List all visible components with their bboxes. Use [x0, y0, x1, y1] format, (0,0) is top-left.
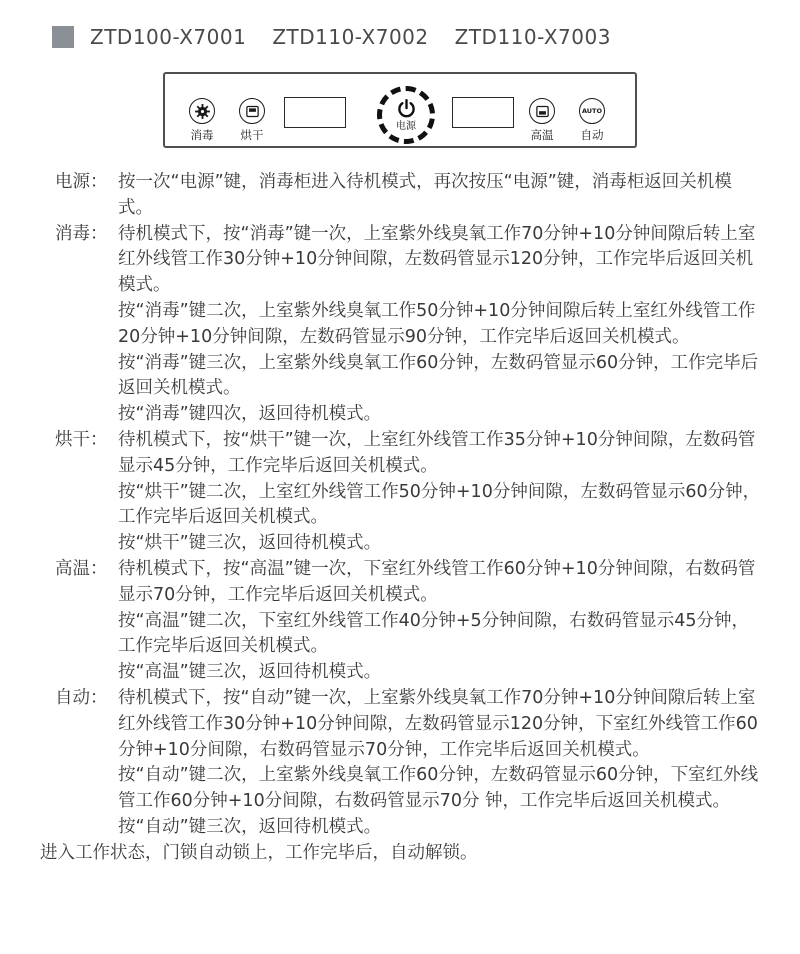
auto-button: AUTO 自动	[572, 98, 612, 143]
section-label: 高温：	[55, 557, 118, 686]
instruction-section: 自动：待机模式下，按“自动”键一次，上室紫外线臭氧工作70分钟+10分钟间隙后转…	[55, 686, 764, 841]
left-digital-display	[284, 97, 346, 128]
auto-icon: AUTO	[579, 98, 605, 124]
power-button: 电源	[377, 86, 435, 144]
footer-note: 进入工作状态，门锁自动锁上，工作完毕后，自动解锁。	[40, 841, 764, 867]
instruction-section: 烘干：待机模式下，按“烘干”键一次，上室红外线管工作35分钟+10分钟间隙，左数…	[55, 428, 764, 557]
dry-icon	[239, 98, 265, 124]
instruction-paragraph: 按“烘干”键三次，返回待机模式。	[118, 531, 764, 557]
auto-icon-text: AUTO	[582, 107, 602, 115]
control-panel-diagram: 消毒 烘干 电源 高温 AUT	[163, 72, 637, 148]
section-body: 待机模式下，按“自动”键一次，上室紫外线臭氧工作70分钟+10分钟间隙后转上室红…	[118, 686, 764, 841]
instruction-paragraph: 待机模式下，按“自动”键一次，上室紫外线臭氧工作70分钟+10分钟间隙后转上室红…	[118, 686, 764, 763]
instruction-section: 消毒：待机模式下，按“消毒”键一次，上室紫外线臭氧工作70分钟+10分钟间隙后转…	[55, 222, 764, 428]
instruction-paragraph: 按“烘干”键二次，上室红外线管工作50分钟+10分钟间隙，左数码管显示60分钟，…	[118, 480, 764, 532]
dry-button: 烘干	[232, 98, 272, 143]
model-number: ZTD100-X7001	[90, 25, 246, 49]
instruction-paragraph: 按“自动”键三次，返回待机模式。	[118, 815, 764, 841]
section-body: 待机模式下，按“高温”键一次，下室红外线管工作60分钟+10分钟间隙，右数码管显…	[118, 557, 764, 686]
auto-button-label: 自动	[581, 127, 604, 143]
model-number: ZTD110-X7002	[272, 25, 428, 49]
section-label: 消毒：	[55, 222, 118, 428]
instruction-paragraph: 待机模式下，按“消毒”键一次，上室紫外线臭氧工作70分钟+10分钟间隙后转上室红…	[118, 222, 764, 299]
instructions-text: 电源：按一次“电源”键，消毒柜进入待机模式，再次按压“电源”键，消毒柜返回关机模…	[0, 170, 800, 867]
page-header: ZTD100-X7001 ZTD110-X7002 ZTD110-X7003	[52, 25, 611, 49]
instruction-paragraph: 按“消毒”键三次，上室紫外线臭氧工作60分钟，左数码管显示60分钟，工作完毕后返…	[118, 351, 764, 403]
instruction-paragraph: 待机模式下，按“高温”键一次，下室红外线管工作60分钟+10分钟间隙，右数码管显…	[118, 557, 764, 609]
instruction-paragraph: 按“消毒”键四次，返回待机模式。	[118, 402, 764, 428]
high-temp-button: 高温	[522, 98, 562, 143]
page-title: ZTD100-X7001 ZTD110-X7002 ZTD110-X7003	[90, 25, 611, 49]
section-body: 待机模式下，按“烘干”键一次，上室红外线管工作35分钟+10分钟间隙，左数码管显…	[118, 428, 764, 557]
dry-button-label: 烘干	[241, 127, 264, 143]
disinfect-button: 消毒	[182, 98, 222, 143]
model-number: ZTD110-X7003	[455, 25, 611, 49]
instruction-paragraph: 按“自动”键二次，上室紫外线臭氧工作60分钟，左数码管显示60分钟，下室红外线管…	[118, 763, 764, 815]
instruction-section: 高温：待机模式下，按“高温”键一次，下室红外线管工作60分钟+10分钟间隙，右数…	[55, 557, 764, 686]
section-body: 按一次“电源”键，消毒柜进入待机模式，再次按压“电源”键，消毒柜返回关机模式。	[118, 170, 764, 222]
instruction-paragraph: 按“高温”键二次，下室红外线管工作40分钟+5分钟间隙，右数码管显示45分钟，工…	[118, 609, 764, 661]
instruction-paragraph: 按“消毒”键二次，上室紫外线臭氧工作50分钟+10分钟间隙后转上室红外线管工作2…	[118, 299, 764, 351]
instruction-paragraph: 待机模式下，按“烘干”键一次，上室红外线管工作35分钟+10分钟间隙，左数码管显…	[118, 428, 764, 480]
disinfect-button-label: 消毒	[191, 127, 214, 143]
section-label: 自动：	[55, 686, 118, 841]
high-temp-icon	[529, 98, 555, 124]
instruction-sections: 电源：按一次“电源”键，消毒柜进入待机模式，再次按压“电源”键，消毒柜返回关机模…	[40, 170, 764, 841]
power-button-label: 电源	[396, 117, 416, 132]
disinfect-icon	[189, 98, 215, 124]
instruction-paragraph: 按一次“电源”键，消毒柜进入待机模式，再次按压“电源”键，消毒柜返回关机模式。	[118, 170, 764, 222]
high-temp-button-label: 高温	[531, 127, 554, 143]
instruction-paragraph: 按“高温”键三次，返回待机模式。	[118, 660, 764, 686]
section-body: 待机模式下，按“消毒”键一次，上室紫外线臭氧工作70分钟+10分钟间隙后转上室红…	[118, 222, 764, 428]
right-digital-display	[452, 97, 514, 128]
section-bullet	[52, 26, 74, 48]
section-label: 电源：	[55, 170, 118, 222]
section-label: 烘干：	[55, 428, 118, 557]
instruction-section: 电源：按一次“电源”键，消毒柜进入待机模式，再次按压“电源”键，消毒柜返回关机模…	[55, 170, 764, 222]
power-icon	[397, 99, 416, 118]
